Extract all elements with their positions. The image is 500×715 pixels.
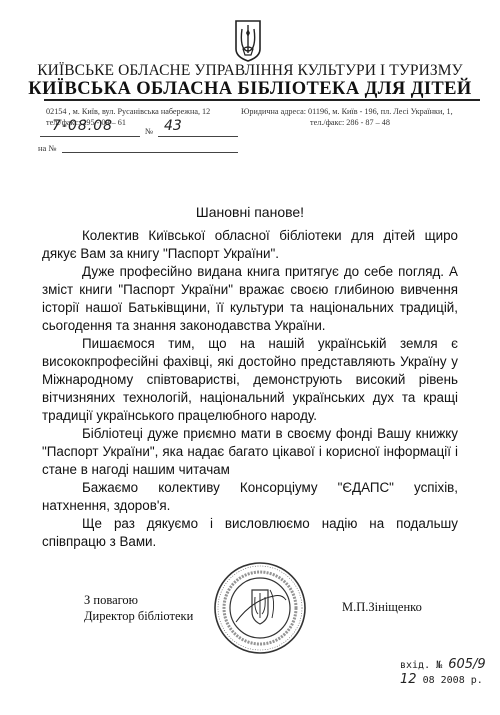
- paragraph: Колектив Київської обласної бібліотеки д…: [42, 227, 458, 263]
- registration-number-label: №: [145, 126, 153, 136]
- address-left: 02154 , м. Київ, вул. Русанівська набере…: [46, 107, 210, 116]
- incoming-date: 08 2008 р.: [423, 675, 483, 686]
- number-underline: [158, 136, 238, 137]
- trident-coat-of-arms-icon: [234, 19, 262, 63]
- reference-label: на №: [38, 143, 57, 153]
- department-title: КИЇВСЬКЕ ОБЛАСНЕ УПРАВЛІННЯ КУЛЬТУРИ І Т…: [0, 62, 500, 80]
- registration-number: 43: [164, 118, 182, 134]
- paragraph: Ще раз дякуємо і висловлюємо надію на по…: [42, 515, 458, 551]
- paragraph: Пишаємося тим, що на нашій українській з…: [42, 335, 458, 425]
- letter-body: Колектив Київської обласної бібліотеки д…: [42, 227, 458, 551]
- legal-address: Юридична адреса: 01196, м. Київ - 196, п…: [241, 107, 453, 116]
- phone-right: тел./факс: 286 - 87 – 48: [310, 118, 390, 127]
- incoming-day: 12: [400, 672, 417, 687]
- closing: З повагою: [84, 592, 193, 608]
- organization-title: КИЇВСЬКА ОБЛАСНА БІБЛІОТЕКА ДЛЯ ДІТЕЙ: [0, 79, 500, 100]
- paragraph: Бажаємо колективу Консорціуму "ЄДАПС" ус…: [42, 479, 458, 515]
- letterhead-divider: [44, 99, 480, 101]
- incoming-number: 605/9: [448, 657, 485, 672]
- incoming-label: вхід. №: [400, 660, 442, 671]
- date-underline: [40, 136, 140, 137]
- round-official-seal-icon: [212, 560, 308, 656]
- signature-block: З повагою Директор бібліотеки: [84, 592, 193, 624]
- greeting: Шановні панове!: [0, 204, 500, 220]
- signer-title: Директор бібліотеки: [84, 608, 193, 624]
- incoming-stamp: вхід. № 605/9 12 08 2008 р.: [400, 658, 486, 688]
- registration-date: 7-08.08: [52, 118, 113, 134]
- paragraph: Бібліотеці дуже приємно мати в своєму фо…: [42, 425, 458, 479]
- reference-underline: [62, 152, 238, 153]
- signer-name: М.П.Зініщенко: [342, 600, 422, 615]
- paragraph: Дуже професійно видана книга притягує до…: [42, 263, 458, 335]
